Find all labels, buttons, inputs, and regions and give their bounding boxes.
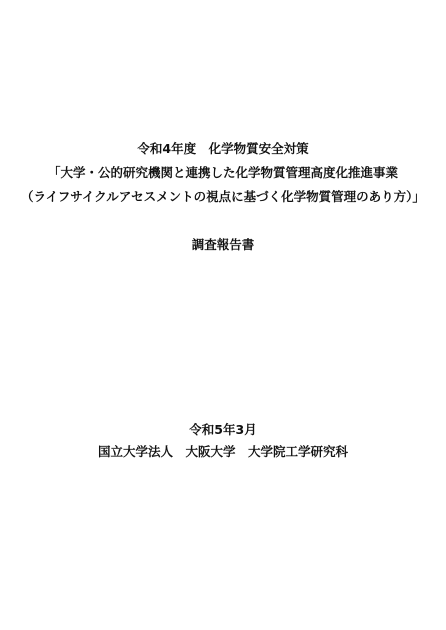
publication-date: 令和5年3月 — [0, 422, 446, 438]
fiscal-program-heading: 令和4年度 化学物質安全対策 — [0, 141, 446, 157]
document-type-title: 調査報告書 — [0, 237, 446, 253]
document-cover-page: 令和4年度 化学物質安全対策 「大学・公的研究機関と連携した化学物質管理高度化推… — [0, 0, 446, 630]
project-title-line-1: 「大学・公的研究機関と連携した化学物質管理高度化推進事業 — [0, 165, 446, 181]
project-title-line-2: （ライフサイクルアセスメントの視点に基づく化学物質管理のあり方）」 — [0, 189, 446, 205]
author-organization: 国立大学法人 大阪大学 大学院工学研究科 — [0, 444, 446, 460]
